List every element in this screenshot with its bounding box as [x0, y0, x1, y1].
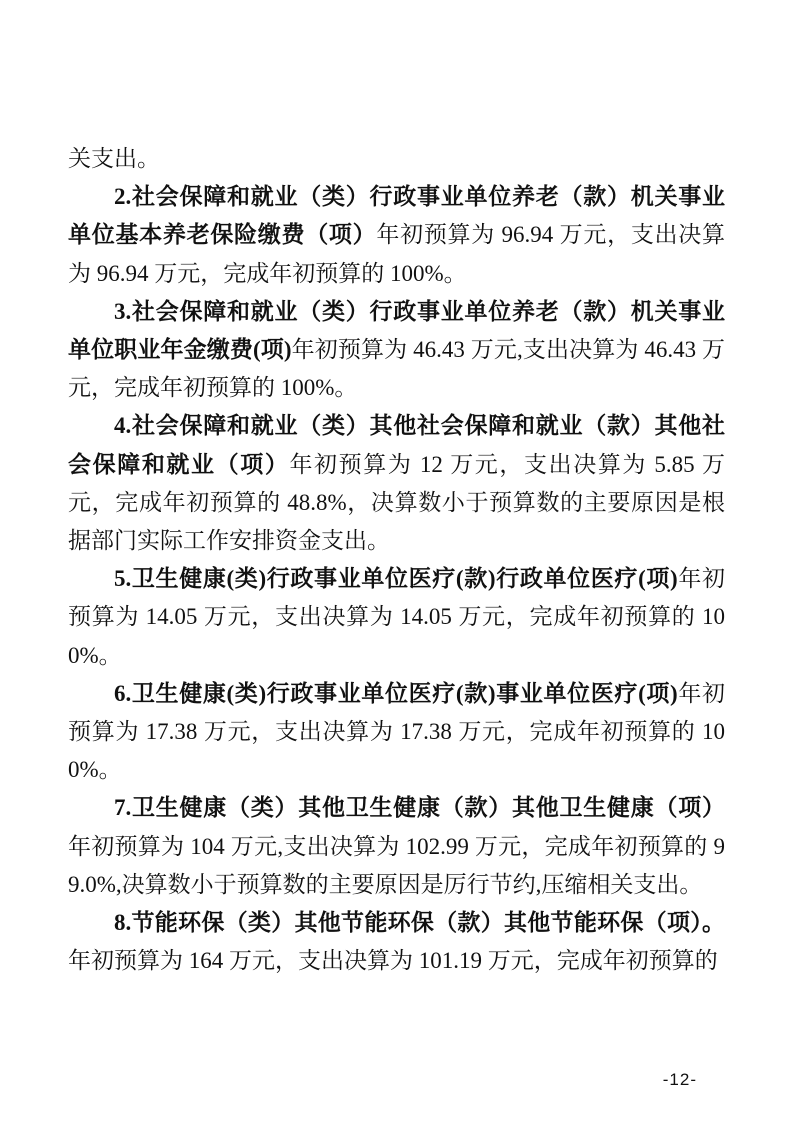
document-body: 关支出。 2.社会保障和就业（类）行政事业单位养老（款）机关事业单位基本养老保险… [68, 140, 725, 980]
paragraph-item-2: 2.社会保障和就业（类）行政事业单位养老（款）机关事业单位基本养老保险缴费（项）… [68, 178, 725, 293]
paragraph-continuation: 关支出。 [68, 140, 725, 178]
paragraph-text: 关支出。 [68, 146, 160, 171]
paragraph-item-7: 7.卫生健康（类）其他卫生健康（款）其他卫生健康（项）年初预算为 104 万元,… [68, 789, 725, 904]
page-footer: -12- [0, 1070, 697, 1090]
paragraph-item-6: 6.卫生健康(类)行政事业单位医疗(款)事业单位医疗(项)年初预算为 17.38… [68, 675, 725, 790]
page-number: -12- [663, 1070, 697, 1089]
document-page: 关支出。 2.社会保障和就业（类）行政事业单位养老（款）机关事业单位基本养老保险… [0, 0, 793, 1122]
paragraph-text: 年初预算为 164 万元，支出决算为 101.19 万元，完成年初预算的 [68, 948, 718, 973]
paragraph-item-5: 5.卫生健康(类)行政事业单位医疗(款)行政单位医疗(项)年初预算为 14.05… [68, 560, 725, 675]
paragraph-heading: 5.卫生健康(类)行政事业单位医疗(款)行政单位医疗(项) [114, 566, 678, 591]
paragraph-item-3: 3.社会保障和就业（类）行政事业单位养老（款）机关事业单位职业年金缴费(项)年初… [68, 293, 725, 408]
paragraph-item-8: 8.节能环保（类）其他节能环保（款）其他节能环保（项）。年初预算为 164 万元… [68, 904, 725, 980]
paragraph-item-4: 4.社会保障和就业（类）其他社会保障和就业（款）其他社会保障和就业（项）年初预算… [68, 407, 725, 560]
paragraph-heading: 8.节能环保（类）其他节能环保（款）其他节能环保（项）。 [114, 910, 725, 935]
paragraph-text: 年初预算为 104 万元,支出决算为 102.99 万元，完成年初预算的 99.… [68, 834, 725, 897]
paragraph-heading: 7.卫生健康（类）其他卫生健康（款）其他卫生健康（项） [114, 795, 725, 820]
paragraph-heading: 6.卫生健康(类)行政事业单位医疗(款)事业单位医疗(项) [114, 681, 678, 706]
